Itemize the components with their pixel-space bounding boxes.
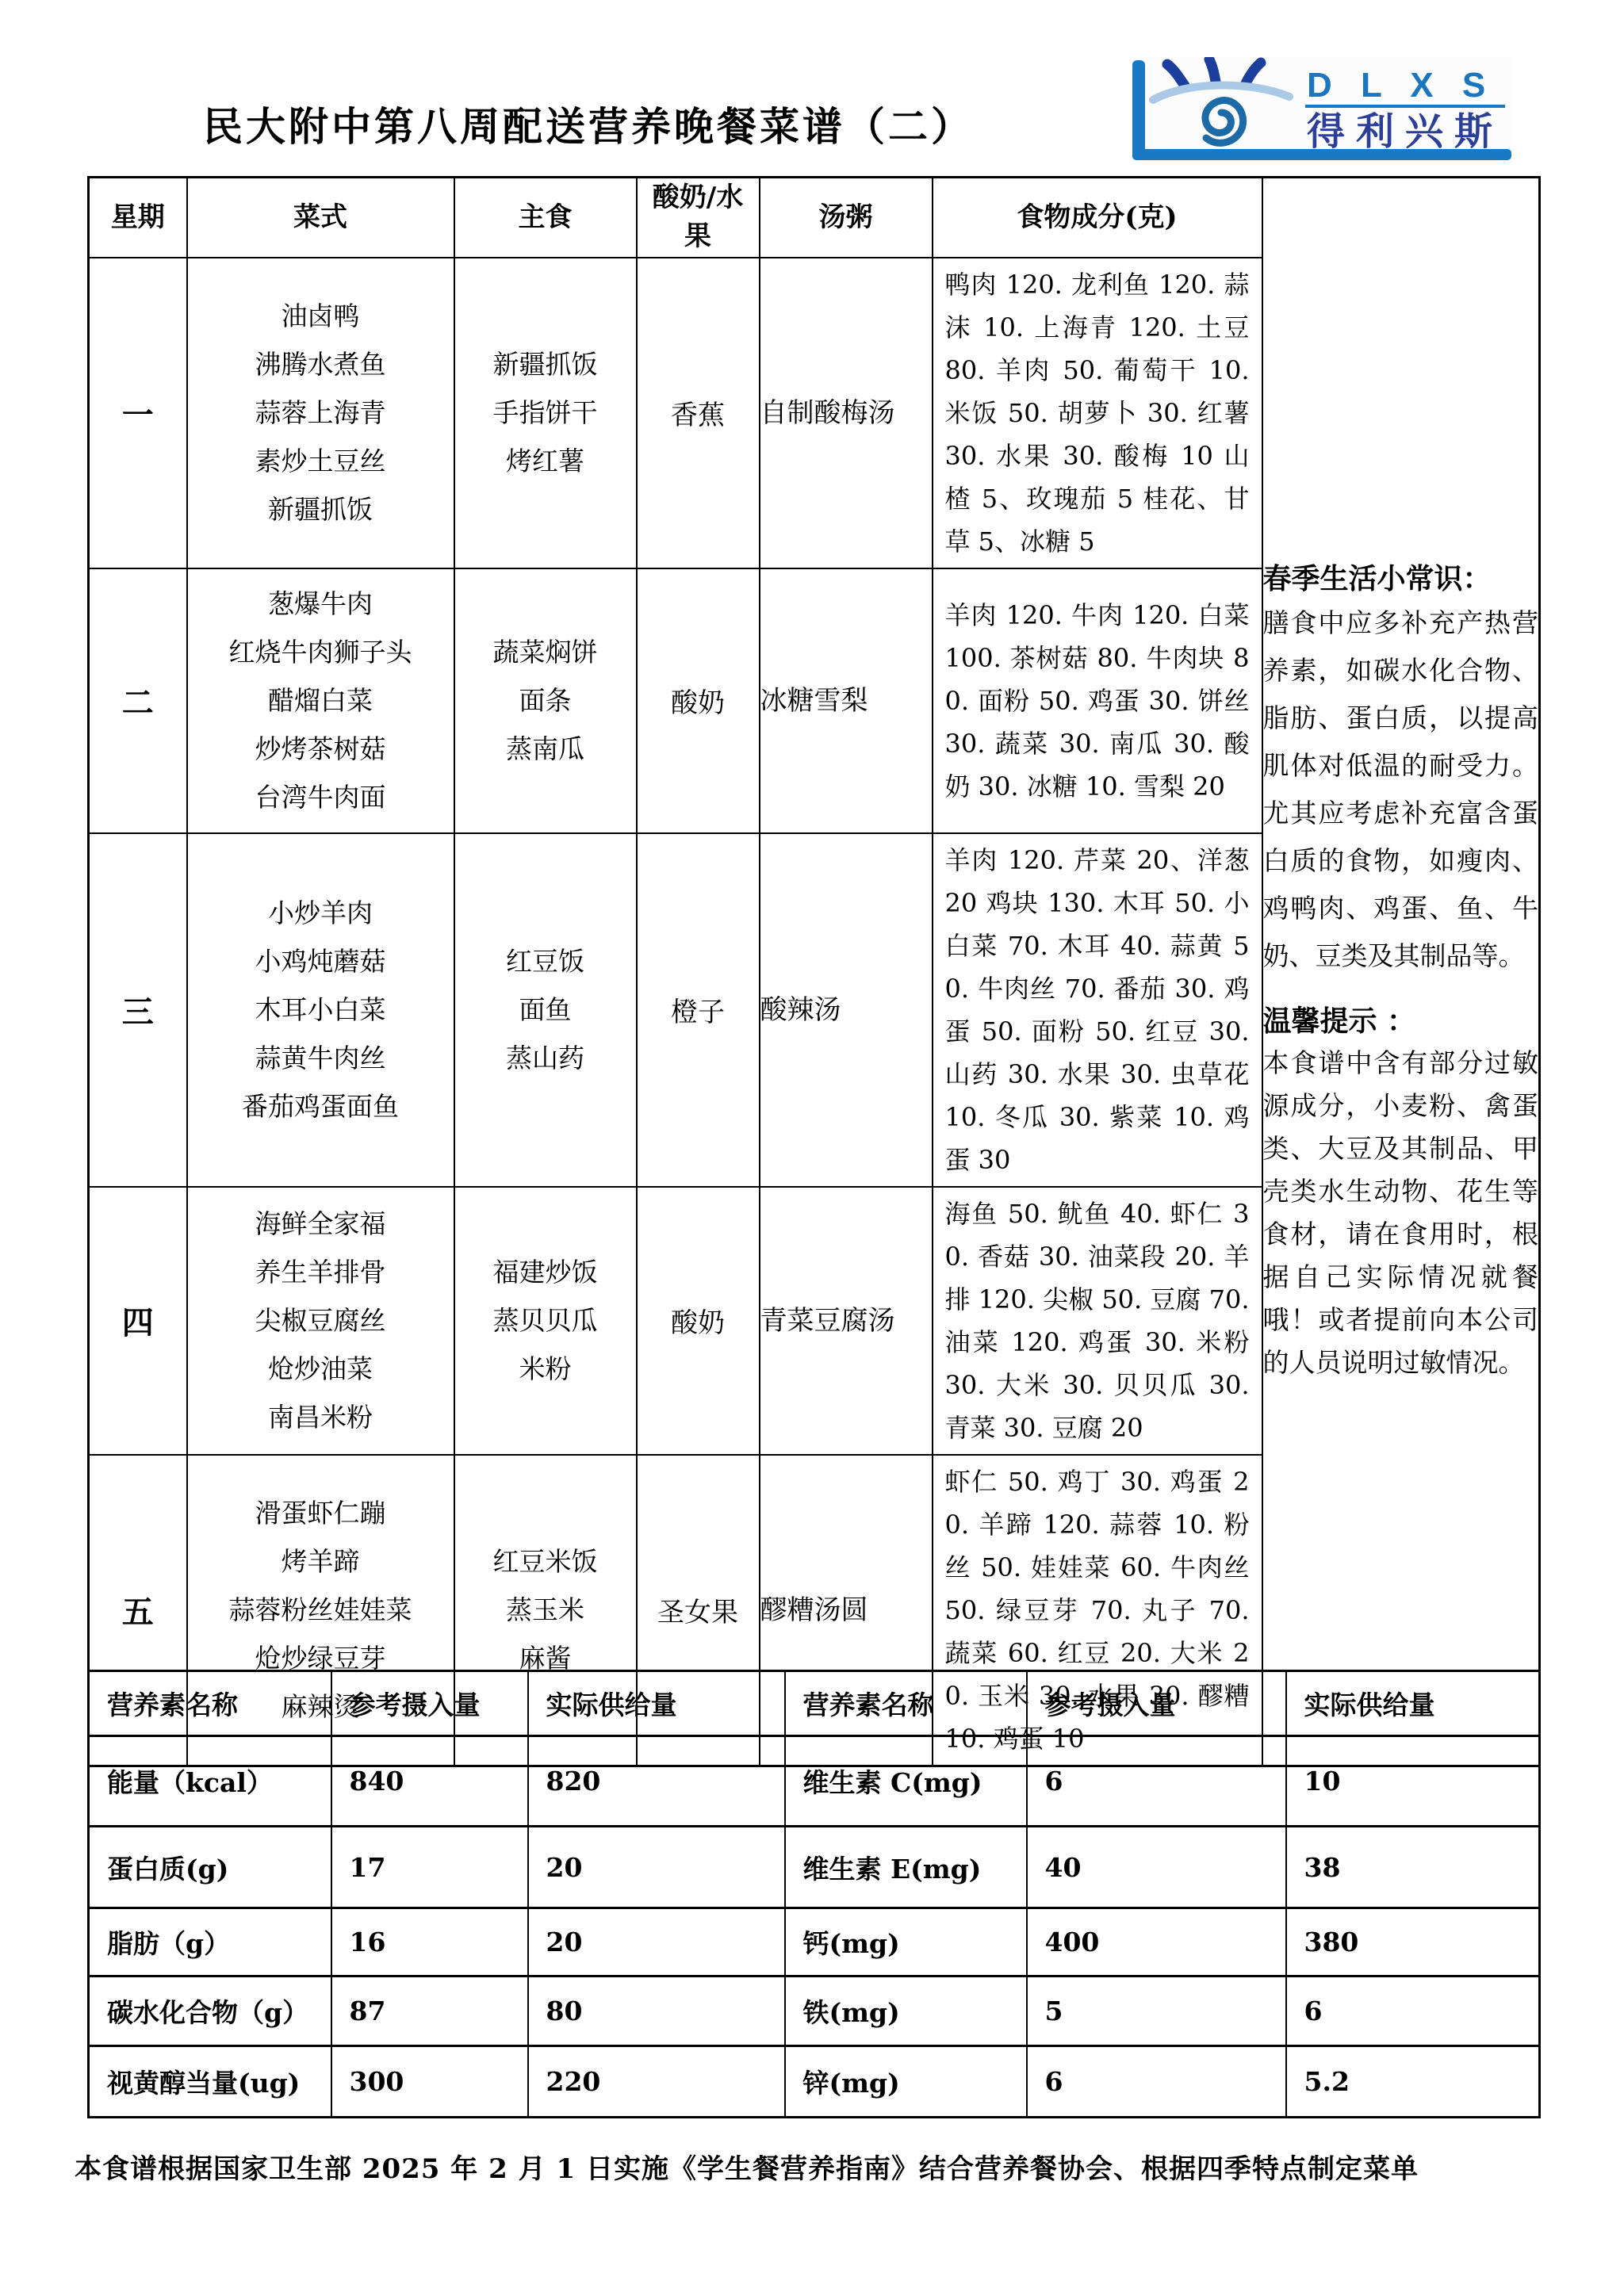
ingredients-text: 羊肉 120. 芹菜 20、洋葱 20 鸡块 130. 木耳 50. 小白菜 7… bbox=[933, 834, 1262, 1186]
dish-item: 沸腾水煮鱼 bbox=[188, 340, 454, 388]
dish-item: 新疆抓饭 bbox=[188, 485, 454, 534]
dish-item: 蒜黄牛肉丝 bbox=[188, 1034, 454, 1082]
nutrient-value: 840 bbox=[331, 1736, 528, 1827]
day-label: 二 bbox=[89, 568, 187, 833]
fruit-cell: 酸奶 bbox=[637, 1187, 760, 1455]
day-label: 一 bbox=[89, 258, 187, 568]
nutrient-value: 38 bbox=[1286, 1827, 1540, 1908]
nutrient-value: 5 bbox=[1027, 1976, 1286, 2046]
nutrient-value: 80 bbox=[528, 1976, 785, 2046]
dish-item: 蒜蓉粉丝娃娃菜 bbox=[188, 1586, 454, 1634]
nutrient-value: 400 bbox=[1027, 1908, 1286, 1976]
ingredients-cell: 海鱼 50. 鱿鱼 40. 虾仁 30. 香菇 30. 油菜段 20. 羊排 1… bbox=[933, 1187, 1262, 1455]
nutrient-value: 17 bbox=[331, 1827, 528, 1908]
staple-item: 蒸山药 bbox=[455, 1034, 636, 1082]
nutrition-row-retinol: 视黄醇当量(ug) 300 220 锌(mg) 6 5.2 bbox=[89, 2046, 1540, 2118]
ingredients-cell: 羊肉 120. 芹菜 20、洋葱 20 鸡块 130. 木耳 50. 小白菜 7… bbox=[933, 833, 1262, 1187]
nutrient-value: 820 bbox=[528, 1736, 785, 1827]
dish-item: 滑蛋虾仁蹦 bbox=[188, 1489, 454, 1537]
staple-item: 福建炒饭 bbox=[455, 1248, 636, 1296]
footer-note: 本食谱根据国家卫生部 2025 年 2 月 1 日实施《学生餐营养指南》结合营养… bbox=[75, 2147, 1419, 2186]
nutrient-value: 6 bbox=[1286, 1976, 1540, 2046]
logo-bracket-vertical bbox=[1132, 60, 1145, 160]
dish-item: 尖椒豆腐丝 bbox=[188, 1296, 454, 1345]
eye-icon bbox=[1153, 59, 1289, 143]
nutrient-name-header: 营养素名称 bbox=[89, 1671, 331, 1736]
col-header-ingredients: 食物成分(克) bbox=[933, 178, 1262, 258]
dishes-cell: 葱爆牛肉 红烧牛肉狮子头 醋熘白菜 炒烤茶树菇 台湾牛肉面 bbox=[187, 568, 454, 833]
company-logo: D L X S 得利兴斯 bbox=[1132, 57, 1511, 163]
soup-cell: 自制酸梅汤 bbox=[760, 258, 933, 568]
dish-item: 海鲜全家福 bbox=[188, 1200, 454, 1248]
logo-company-name: 得利兴斯 bbox=[1307, 109, 1503, 154]
dish-item: 小鸡炖蘑菇 bbox=[188, 937, 454, 985]
nutrient-value: 380 bbox=[1286, 1908, 1540, 1976]
nutrient-value: 87 bbox=[331, 1976, 528, 2046]
nutrient-label: 锌(mg) bbox=[785, 2046, 1027, 2118]
nutrient-name-header: 营养素名称 bbox=[785, 1671, 1027, 1736]
staple-item: 新疆抓饭 bbox=[455, 340, 636, 388]
ingredients-text: 鸭肉 120. 龙利鱼 120. 蒜沫 10. 上海青 120. 土豆 80. … bbox=[933, 258, 1262, 568]
dish-item: 醋熘白菜 bbox=[188, 676, 454, 725]
soup-cell: 酸辣汤 bbox=[760, 833, 933, 1187]
dish-item: 台湾牛肉面 bbox=[188, 773, 454, 821]
col-header-day: 星期 bbox=[89, 178, 187, 258]
staples-cell: 新疆抓饭 手指饼干 烤红薯 bbox=[454, 258, 637, 568]
dish-item: 蒜蓉上海青 bbox=[188, 388, 454, 437]
actual-supply-header: 实际供给量 bbox=[528, 1671, 785, 1736]
staples-cell: 红豆饭 面鱼 蒸山药 bbox=[454, 833, 637, 1187]
fruit-cell: 橙子 bbox=[637, 833, 760, 1187]
staple-item: 红豆米饭 bbox=[455, 1537, 636, 1586]
nutrient-value: 5.2 bbox=[1286, 2046, 1540, 2118]
soup-cell: 青菜豆腐汤 bbox=[760, 1187, 933, 1455]
notice-title: 温馨提示 ： bbox=[1263, 1001, 1539, 1042]
col-header-dishes: 菜式 bbox=[187, 178, 454, 258]
dish-item: 素炒土豆丝 bbox=[188, 437, 454, 485]
nutrient-label: 维生素 C(mg) bbox=[785, 1736, 1027, 1827]
nutrient-value: 20 bbox=[528, 1908, 785, 1976]
tips-body: 膳食中应多补充产热营养素，如碳水化合物、脂肪、蛋白质，以提高肌体对低温的耐受力。… bbox=[1263, 599, 1539, 980]
dishes-cell: 小炒羊肉 小鸡炖蘑菇 木耳小白菜 蒜黄牛肉丝 番茄鸡蛋面鱼 bbox=[187, 833, 454, 1187]
logo-underline bbox=[1305, 105, 1505, 108]
staple-item: 蒸南瓜 bbox=[455, 725, 636, 773]
nutrition-header-row: 营养素名称 参考摄入量 实际供给量 营养素名称 参考摄入量 实际供给量 bbox=[89, 1671, 1540, 1736]
nutrition-row-energy: 能量（kcal） 840 820 维生素 C(mg) 6 10 bbox=[89, 1736, 1540, 1827]
staple-item: 蒸贝贝瓜 bbox=[455, 1296, 636, 1345]
dish-item: 红烧牛肉狮子头 bbox=[188, 628, 454, 676]
staple-item: 手指饼干 bbox=[455, 388, 636, 437]
nutrient-label: 能量（kcal） bbox=[89, 1736, 331, 1827]
nutrient-value: 10 bbox=[1286, 1736, 1540, 1827]
notice-body: 本食谱中含有部分过敏源成分，小麦粉、禽蛋类、大豆及其制品、甲壳类水生动物、花生等… bbox=[1263, 1042, 1539, 1384]
dish-item: 油卤鸭 bbox=[188, 292, 454, 340]
actual-supply-header: 实际供给量 bbox=[1286, 1671, 1540, 1736]
menu-header-row: 星期 菜式 主食 酸奶/水果 汤粥 食物成分(克) 春季生活小常识： 膳食中应多… bbox=[89, 178, 1540, 258]
nutrient-label: 维生素 E(mg) bbox=[785, 1827, 1027, 1908]
dish-item: 养生羊排骨 bbox=[188, 1248, 454, 1296]
staple-item: 红豆饭 bbox=[455, 937, 636, 985]
nutrient-label: 蛋白质(g) bbox=[89, 1827, 331, 1908]
nutrition-table: 营养素名称 参考摄入量 实际供给量 营养素名称 参考摄入量 实际供给量 能量（k… bbox=[87, 1670, 1541, 2118]
nutrient-value: 6 bbox=[1027, 1736, 1286, 1827]
dish-item: 小炒羊肉 bbox=[188, 889, 454, 937]
ingredients-cell: 鸭肉 120. 龙利鱼 120. 蒜沫 10. 上海青 120. 土豆 80. … bbox=[933, 258, 1262, 568]
staple-item: 烤红薯 bbox=[455, 437, 636, 485]
ingredients-text: 海鱼 50. 鱿鱼 40. 虾仁 30. 香菇 30. 油菜段 20. 羊排 1… bbox=[933, 1188, 1262, 1454]
nutrient-value: 300 bbox=[331, 2046, 528, 2118]
col-header-staple: 主食 bbox=[454, 178, 637, 258]
nutrition-row-carbohydrate: 碳水化合物（g） 87 80 铁(mg) 5 6 bbox=[89, 1976, 1540, 2046]
dish-item: 南昌米粉 bbox=[188, 1393, 454, 1441]
staple-item: 蔬菜焖饼 bbox=[455, 628, 636, 676]
ingredients-cell: 羊肉 120. 牛肉 120. 白菜 100. 茶树菇 80. 牛肉块 80. … bbox=[933, 568, 1262, 833]
weekly-menu-table: 星期 菜式 主食 酸奶/水果 汤粥 食物成分(克) 春季生活小常识： 膳食中应多… bbox=[87, 176, 1541, 1767]
nutrition-row-protein: 蛋白质(g) 17 20 维生素 E(mg) 40 38 bbox=[89, 1827, 1540, 1908]
page-title: 民大附中第八周配送营养晚餐菜谱（二） bbox=[203, 105, 974, 148]
dish-item: 木耳小白菜 bbox=[188, 985, 454, 1034]
nutrient-value: 16 bbox=[331, 1908, 528, 1976]
dish-item: 炝炒油菜 bbox=[188, 1345, 454, 1393]
nutrient-value: 220 bbox=[528, 2046, 785, 2118]
dish-item: 烤羊蹄 bbox=[188, 1537, 454, 1586]
nutrient-label: 碳水化合物（g） bbox=[89, 1976, 331, 2046]
staple-item: 面鱼 bbox=[455, 985, 636, 1034]
dish-item: 番茄鸡蛋面鱼 bbox=[188, 1082, 454, 1131]
tips-title: 春季生活小常识： bbox=[1263, 558, 1539, 599]
staples-cell: 福建炒饭 蒸贝贝瓜 米粉 bbox=[454, 1187, 637, 1455]
nutrient-value: 20 bbox=[528, 1827, 785, 1908]
reference-intake-header: 参考摄入量 bbox=[1027, 1671, 1286, 1736]
tips-sidebar: 春季生活小常识： 膳食中应多补充产热营养素，如碳水化合物、脂肪、蛋白质，以提高肌… bbox=[1262, 178, 1540, 1766]
day-label: 四 bbox=[89, 1187, 187, 1455]
ingredients-text: 羊肉 120. 牛肉 120. 白菜 100. 茶树菇 80. 牛肉块 80. … bbox=[933, 589, 1262, 813]
dishes-cell: 海鲜全家福 养生羊排骨 尖椒豆腐丝 炝炒油菜 南昌米粉 bbox=[187, 1187, 454, 1455]
staple-item: 面条 bbox=[455, 676, 636, 725]
fruit-cell: 香蕉 bbox=[637, 258, 760, 568]
col-header-yogurt-fruit: 酸奶/水果 bbox=[637, 178, 760, 258]
col-header-soup: 汤粥 bbox=[760, 178, 933, 258]
nutrient-label: 钙(mg) bbox=[785, 1908, 1027, 1976]
nutrition-row-fat: 脂肪（g） 16 20 钙(mg) 400 380 bbox=[89, 1908, 1540, 1976]
logo-abbr-text: D L X S bbox=[1307, 66, 1495, 105]
staples-cell: 蔬菜焖饼 面条 蒸南瓜 bbox=[454, 568, 637, 833]
dishes-cell: 油卤鸭 沸腾水煮鱼 蒜蓉上海青 素炒土豆丝 新疆抓饭 bbox=[187, 258, 454, 568]
logo-graphic: D L X S 得利兴斯 bbox=[1132, 57, 1511, 163]
nutrient-value: 40 bbox=[1027, 1827, 1286, 1908]
menu-document-page: 民大附中第八周配送营养晚餐菜谱（二） D L X S 得利兴斯 星期 菜式 主食 bbox=[0, 0, 1624, 2296]
reference-intake-header: 参考摄入量 bbox=[331, 1671, 528, 1736]
nutrient-value: 6 bbox=[1027, 2046, 1286, 2118]
nutrient-label: 视黄醇当量(ug) bbox=[89, 2046, 331, 2118]
nutrient-label: 铁(mg) bbox=[785, 1976, 1027, 2046]
staple-item: 蒸玉米 bbox=[455, 1586, 636, 1634]
day-label: 三 bbox=[89, 833, 187, 1187]
soup-cell: 冰糖雪梨 bbox=[760, 568, 933, 833]
dish-item: 葱爆牛肉 bbox=[188, 580, 454, 628]
dish-item: 炒烤茶树菇 bbox=[188, 725, 454, 773]
fruit-cell: 酸奶 bbox=[637, 568, 760, 833]
staple-item: 米粉 bbox=[455, 1345, 636, 1393]
nutrient-label: 脂肪（g） bbox=[89, 1908, 331, 1976]
